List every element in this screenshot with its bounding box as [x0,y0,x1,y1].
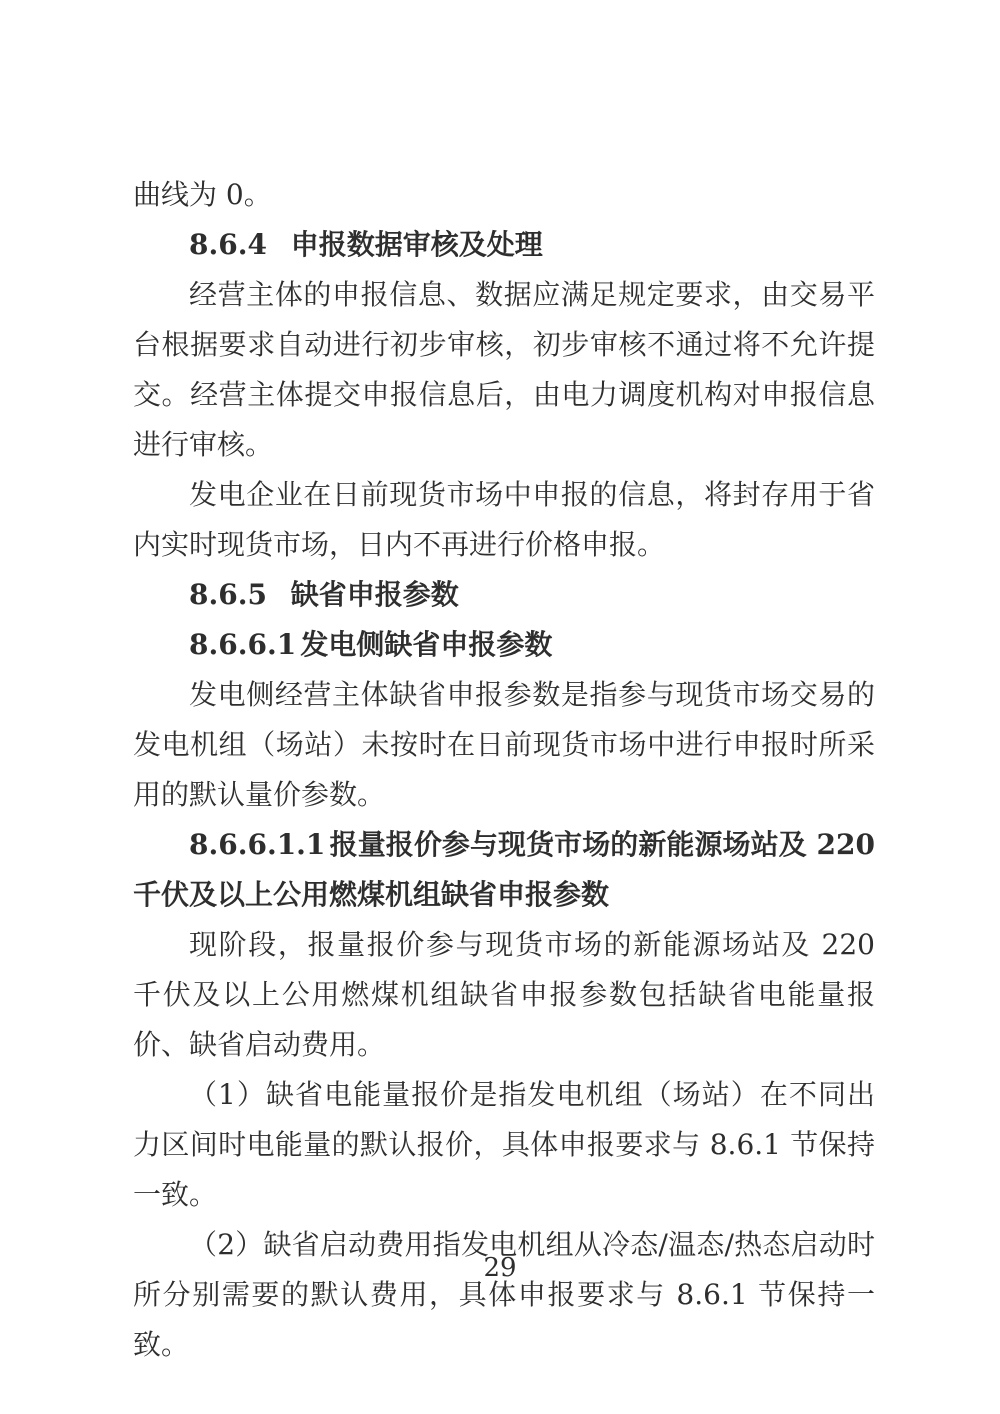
heading-8-6-5: 8.6.5缺省申报参数 [133,570,875,620]
heading-number: 8.6.6.1 [189,628,296,661]
paragraph-gen-side-default-params: 发电侧经营主体缺省申报参数是指参与现货市场交易的发电机组（场站）未按时在日前现货… [133,670,875,820]
paragraph-current-stage: 现阶段，报量报价参与现货市场的新能源场站及 220 千伏及以上公用燃煤机组缺省申… [133,920,875,1070]
heading-8-6-6-1-1: 8.6.6.1.1报量报价参与现货市场的新能源场站及 220 千伏及以上公用燃煤… [133,820,875,920]
heading-8-6-4: 8.6.4申报数据审核及处理 [133,220,875,270]
paragraph-item-2-default-startup-cost: （2）缺省启动费用指发电机组从冷态/温态/热态启动时所分别需要的默认费用，具体申… [133,1220,875,1370]
page-content: 曲线为 0。 8.6.4申报数据审核及处理 经营主体的申报信息、数据应满足规定要… [133,170,875,1370]
paragraph-item-1-default-energy-price: （1）缺省电能量报价是指发电机组（场站）在不同出力区间时电能量的默认报价，具体申… [133,1070,875,1220]
page-number: 29 [483,1253,516,1283]
heading-number: 8.6.6.1.1 [189,828,325,861]
heading-number: 8.6.5 [189,578,267,611]
document-page: 曲线为 0。 8.6.4申报数据审核及处理 经营主体的申报信息、数据应满足规定要… [0,0,1000,1414]
paragraph-declaration-review: 经营主体的申报信息、数据应满足规定要求，由交易平台根据要求自动进行初步审核，初步… [133,270,875,470]
paragraph-curve-zero: 曲线为 0。 [133,170,875,220]
heading-title: 缺省申报参数 [291,578,459,611]
page-footer: 29 [0,1248,1000,1288]
heading-title: 发电侧缺省申报参数 [300,628,552,661]
paragraph-sealed-info: 发电企业在日前现货市场中申报的信息，将封存用于省内实时现货市场，日内不再进行价格… [133,470,875,570]
heading-8-6-6-1: 8.6.6.1发电侧缺省申报参数 [133,620,875,670]
heading-title: 申报数据审核及处理 [291,228,543,261]
heading-number: 8.6.4 [189,228,267,261]
